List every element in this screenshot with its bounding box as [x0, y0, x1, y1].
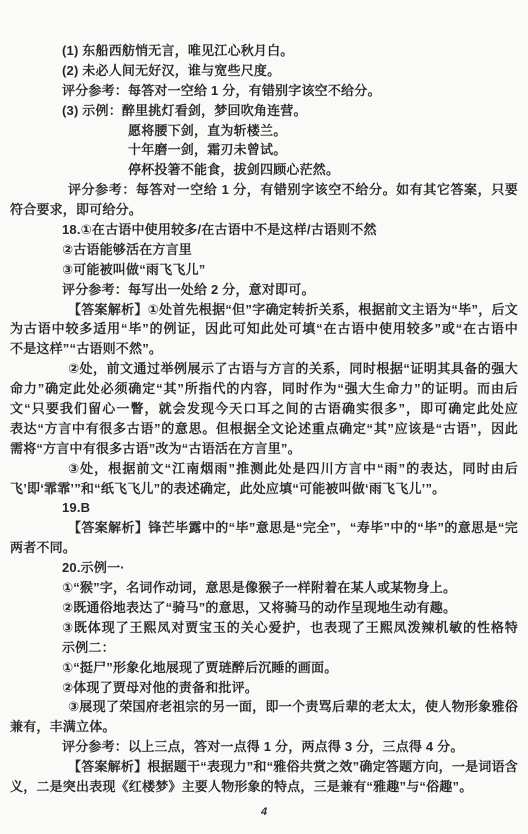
- text-line: 20.示例一·: [0, 558, 528, 578]
- text-line: 命力”确定此处必须确定“其”所指代的内容，同时作为“强大生命力”的证明。而由后: [0, 379, 528, 399]
- text-line: 两者不同。: [0, 538, 528, 558]
- text-line: 【答案解析】锋芒毕露中的“毕”意思是“完全”，“寿毕”中的“毕”的意思是“完成”…: [0, 518, 528, 538]
- text-line: 表达“方言中有很多古语”的意思。但根据全文论述重点确定“其”应该是“古语”，因此: [0, 419, 528, 439]
- text-line: 示例二：: [0, 638, 528, 658]
- text-line: ②古语能够活在方言里: [0, 240, 528, 260]
- text-line: 文“只要我们留心一瞥，就会发现今天口耳之间的古语确实很多”，即可确定此处应: [0, 399, 528, 419]
- text-line: ③既体现了王熙凤对贾宝玉的关心爱护，也表现了王熙凤泼辣机敏的性格特点。: [0, 618, 528, 638]
- text-line: 飞’即‘霏霏’”和“纸飞飞儿”的表述确定，此处应填“可能被叫做‘雨飞飞儿’”。: [0, 479, 528, 499]
- text-line: 需将“方言中有很多古语”改为“古语活在方言里”。: [0, 439, 528, 459]
- text-line: ③可能被叫做“雨飞飞儿”: [0, 260, 528, 280]
- text-line: 评分参考：每答对一空给 1 分，有错别字该空不给分。如有其它答案，只要: [0, 180, 528, 200]
- text-line: ①“猴”字，名词作动词，意思是像猴子一样附着在某人或某物身上。: [0, 578, 528, 598]
- answer-key-page: (1) 东船西舫悄无言，唯见江心秋月白。(2) 未必人间无好汉，谁与宽些尺度。评…: [0, 0, 528, 834]
- text-line: 愿将腰下剑，直为斩楼兰。: [0, 121, 528, 141]
- text-line: 评分参考：每写出一处给 2 分，意对即可。: [0, 280, 528, 300]
- text-line: 停杯投箸不能食，拔剑四顾心茫然。: [0, 160, 528, 180]
- text-line: 评分参考：每答对一空给 1 分，有错别字该空不给分。: [0, 81, 528, 101]
- text-lines: (1) 东船西舫悄无言，唯见江心秋月白。(2) 未必人间无好汉，谁与宽些尺度。评…: [0, 41, 528, 797]
- text-line: ②体现了贾母对他的责备和批评。: [0, 678, 528, 698]
- text-line: (2) 未必人间无好汉，谁与宽些尺度。: [0, 61, 528, 81]
- text-line: (1) 东船西舫悄无言，唯见江心秋月白。: [0, 41, 528, 61]
- text-line: 为古语中较多适用“毕”的例证，因此可知此处可填“在古语中使用较多”或“在古语中: [0, 319, 528, 339]
- text-line: ①“挺尸”形象化地展现了贾琏醉后沉睡的画面。: [0, 658, 528, 678]
- text-line: 【答案解析】根据题干“表现力”和“雅俗共赏之效”确定答题方向，一是词语含: [0, 757, 528, 777]
- text-line: (3) 示例：醉里挑灯看剑，梦回吹角连营。: [0, 101, 528, 121]
- text-line: 义，二是突出表现《红楼梦》主要人物形象的特点，三是兼有“雅趣”与“俗趣”。: [0, 777, 528, 797]
- text-line: 19.B: [0, 498, 528, 518]
- text-line: ②处，前文通过举例展示了古语与方言的关系，同时根据“证明其具备的强大生: [0, 359, 528, 379]
- text-line: ③展现了荣国府老祖宗的另一面，即一个责骂后辈的老太太，使人物形象雅俗: [0, 697, 528, 717]
- text-line: 兼有，丰满立体。: [0, 717, 528, 737]
- text-line: ②既通俗地表达了“骑马”的意思，又将骑马的动作呈现地生动有趣。: [0, 598, 528, 618]
- text-line: 【答案解析】①处首先根据“但”字确定转折关系，根据前文主语为“毕”，后文: [0, 300, 528, 320]
- page-number: 4: [0, 806, 528, 818]
- text-line: 18.①在古语中使用较多/在古语中不是这样/古语则不然: [0, 220, 528, 240]
- text-line: 符合要求，即可给分。: [0, 200, 528, 220]
- text-line: ③处，根据前文“江南烟雨”推测此处是四川方言中“雨”的表达，同时由后文“‘飞: [0, 459, 528, 479]
- text-line: 十年磨一剑，霜刃未曾试。: [0, 140, 528, 160]
- text-line: 评分参考：以上三点，答对一点得 1 分，两点得 3 分，三点得 4 分。: [0, 737, 528, 757]
- text-line: 不是这样”“古语则不然”。: [0, 339, 528, 359]
